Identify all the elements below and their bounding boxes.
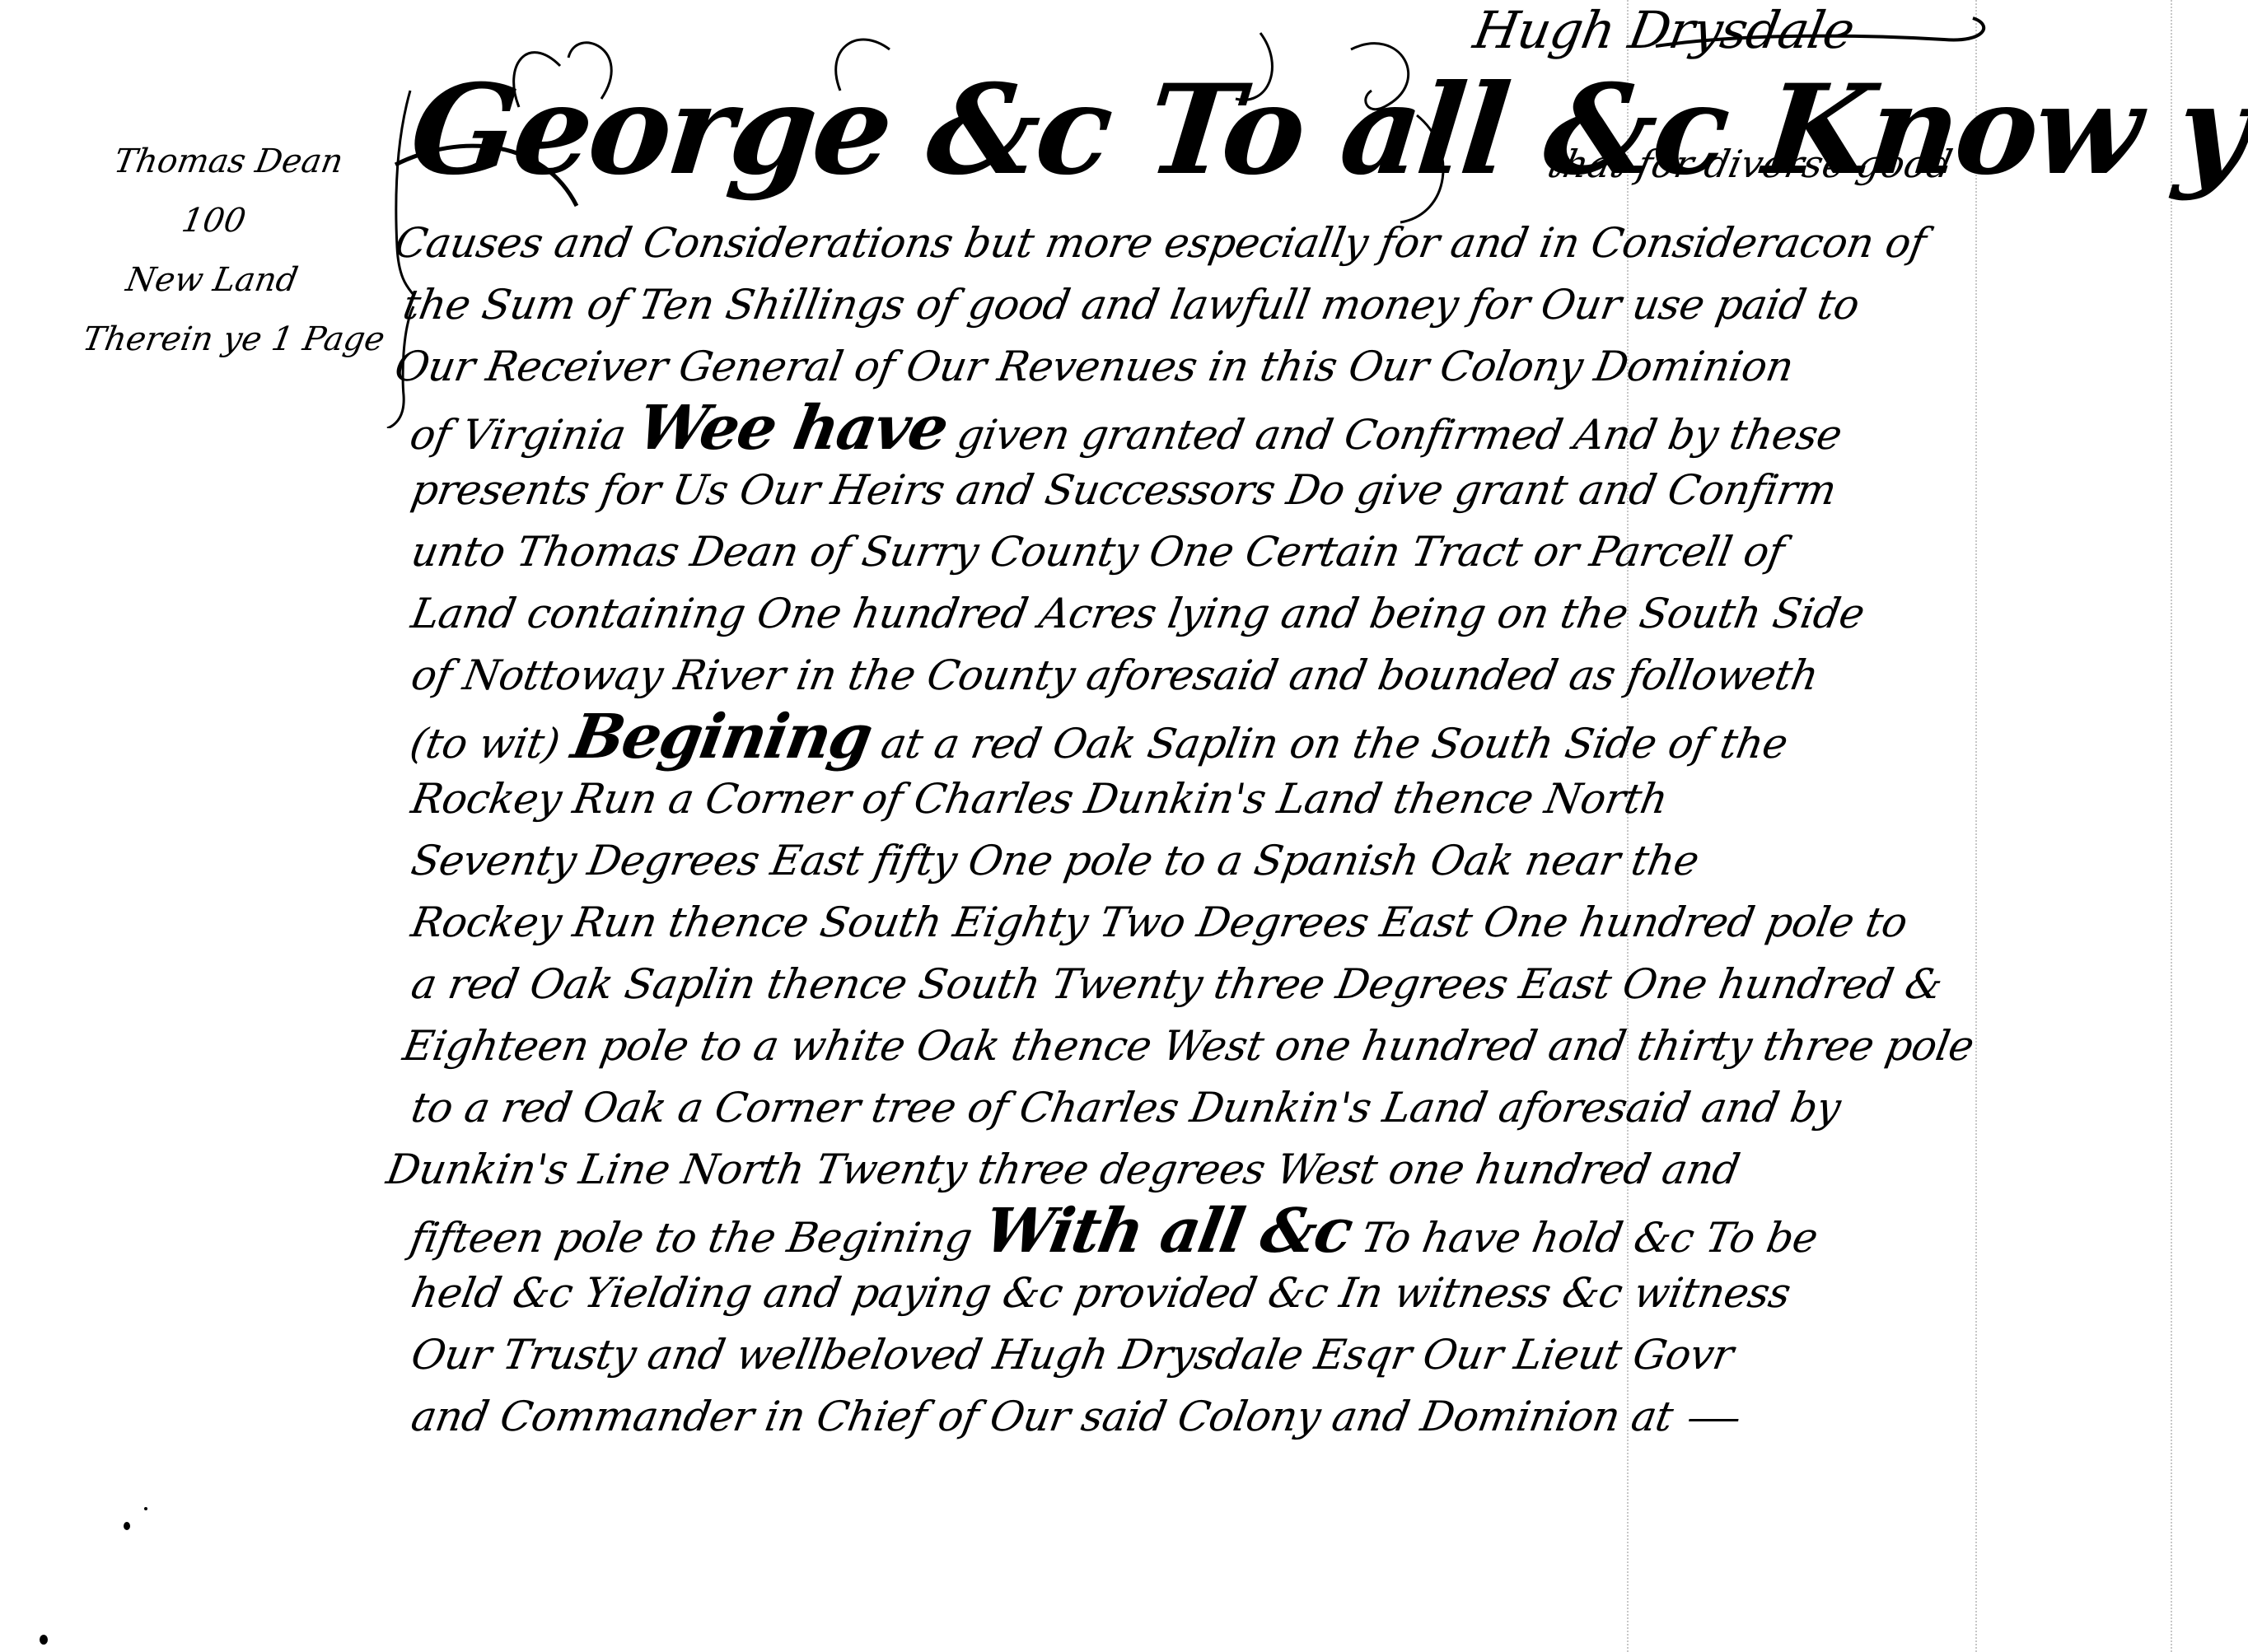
body-line: Our Receiver General of Our Revenues in … xyxy=(373,336,2246,398)
line-text: and Commander in Chief of Our said Colon… xyxy=(408,1393,1676,1440)
emphasis-phrase: Wee have xyxy=(633,393,952,464)
line-text: of Virginia xyxy=(407,411,629,459)
body-line: Land containing One hundred Acres lying … xyxy=(373,583,2246,645)
line-text: Our Trusty and wellbeloved Hugh Drysdale… xyxy=(408,1331,1736,1379)
line-text: To have hold &c To be xyxy=(1358,1214,1821,1262)
margin-note-land-type: New Land xyxy=(88,250,395,310)
body-line: Our Trusty and wellbeloved Hugh Drysdale… xyxy=(373,1324,2246,1386)
ink-speck xyxy=(40,1635,48,1645)
body-line: presents for Us Our Heirs and Successors… xyxy=(373,460,2246,521)
margin-note-grantee: Thomas Dean xyxy=(110,132,417,191)
line-end-flourish xyxy=(1690,1419,1740,1421)
line-text: held &c Yielding and paying &c provided … xyxy=(408,1269,1794,1317)
line-text: of Nottoway River in the County aforesai… xyxy=(408,651,1822,699)
line-text: Rockey Run a Corner of Charles Dunkin's … xyxy=(408,775,1671,823)
line-text: Dunkin's Line North Twenty three degrees… xyxy=(383,1146,1743,1193)
margin-note: Thomas Dean 100 New Land Therein ye 1 Pa… xyxy=(78,132,417,369)
signature-flourish-icon xyxy=(1647,15,1993,64)
body-line: a red Oak Saplin thence South Twenty thr… xyxy=(373,954,2246,1015)
margin-note-acres: 100 xyxy=(99,191,406,250)
emphasis-phrase: Begining xyxy=(567,702,876,772)
ink-speck xyxy=(124,1522,130,1530)
body-line: Eighteen pole to a white Oak thence West… xyxy=(373,1015,2246,1077)
line-text: Causes and Considerations but more espec… xyxy=(391,219,1929,267)
emphasis-phrase: With all &c xyxy=(979,1196,1357,1267)
line-text: fifteen pole to the Begining xyxy=(407,1214,976,1262)
body-line: (to wit) Begining at a red Oak Saplin on… xyxy=(373,707,2246,768)
body-line: and Commander in Chief of Our said Colon… xyxy=(373,1386,2246,1448)
patent-body: Causes and Considerations but more espec… xyxy=(379,212,2241,1448)
body-line: Rockey Run a Corner of Charles Dunkin's … xyxy=(373,768,2246,830)
line-text: Land containing One hundred Acres lying … xyxy=(408,590,1868,637)
line-text: (to wit) xyxy=(407,720,563,768)
ink-speck xyxy=(144,1507,147,1510)
line-text: Seventy Degrees East fifty One pole to a… xyxy=(408,837,1703,884)
body-line: fifteen pole to the Begining With all &c… xyxy=(373,1201,2246,1262)
patent-heading: George &c To all &c Know ye xyxy=(404,58,2248,203)
body-line: Rockey Run thence South Eighty Two Degre… xyxy=(373,892,2246,954)
body-line: of Virginia Wee have given granted and C… xyxy=(373,398,2246,460)
body-line: Seventy Degrees East fifty One pole to a… xyxy=(373,830,2246,892)
body-line: unto Thomas Dean of Surry County One Cer… xyxy=(373,521,2246,583)
margin-note-reference: Therein ye 1 Page xyxy=(78,310,386,369)
body-line: of Nottoway River in the County aforesai… xyxy=(373,645,2246,707)
manuscript-page: Hugh Drysdale George &c To all &c Know y… xyxy=(0,0,2248,1652)
line-text: to a red Oak a Corner tree of Charles Du… xyxy=(408,1084,1844,1132)
heading-continuation: that for diverse good xyxy=(1544,142,1956,186)
line-text: Rockey Run thence South Eighty Two Degre… xyxy=(408,898,1911,946)
line-text: given granted and Confirmed And by these xyxy=(953,411,1845,459)
line-text: unto Thomas Dean of Surry County One Cer… xyxy=(408,528,1788,576)
body-line: to a red Oak a Corner tree of Charles Du… xyxy=(373,1077,2246,1139)
body-line: Causes and Considerations but more espec… xyxy=(373,212,2246,274)
line-text: Our Receiver General of Our Revenues in … xyxy=(391,343,1797,390)
body-line: the Sum of Ten Shillings of good and law… xyxy=(373,274,2246,336)
line-text: the Sum of Ten Shillings of good and law… xyxy=(400,281,1862,329)
line-text: presents for Us Our Heirs and Successors… xyxy=(408,466,1839,514)
body-line: held &c Yielding and paying &c provided … xyxy=(373,1262,2246,1324)
body-line: Dunkin's Line North Twenty three degrees… xyxy=(373,1139,2246,1201)
line-text: Eighteen pole to a white Oak thence West… xyxy=(400,1022,1977,1070)
line-text: a red Oak Saplin thence South Twenty thr… xyxy=(408,960,1946,1008)
line-text: at a red Oak Saplin on the South Side of… xyxy=(877,720,1791,768)
